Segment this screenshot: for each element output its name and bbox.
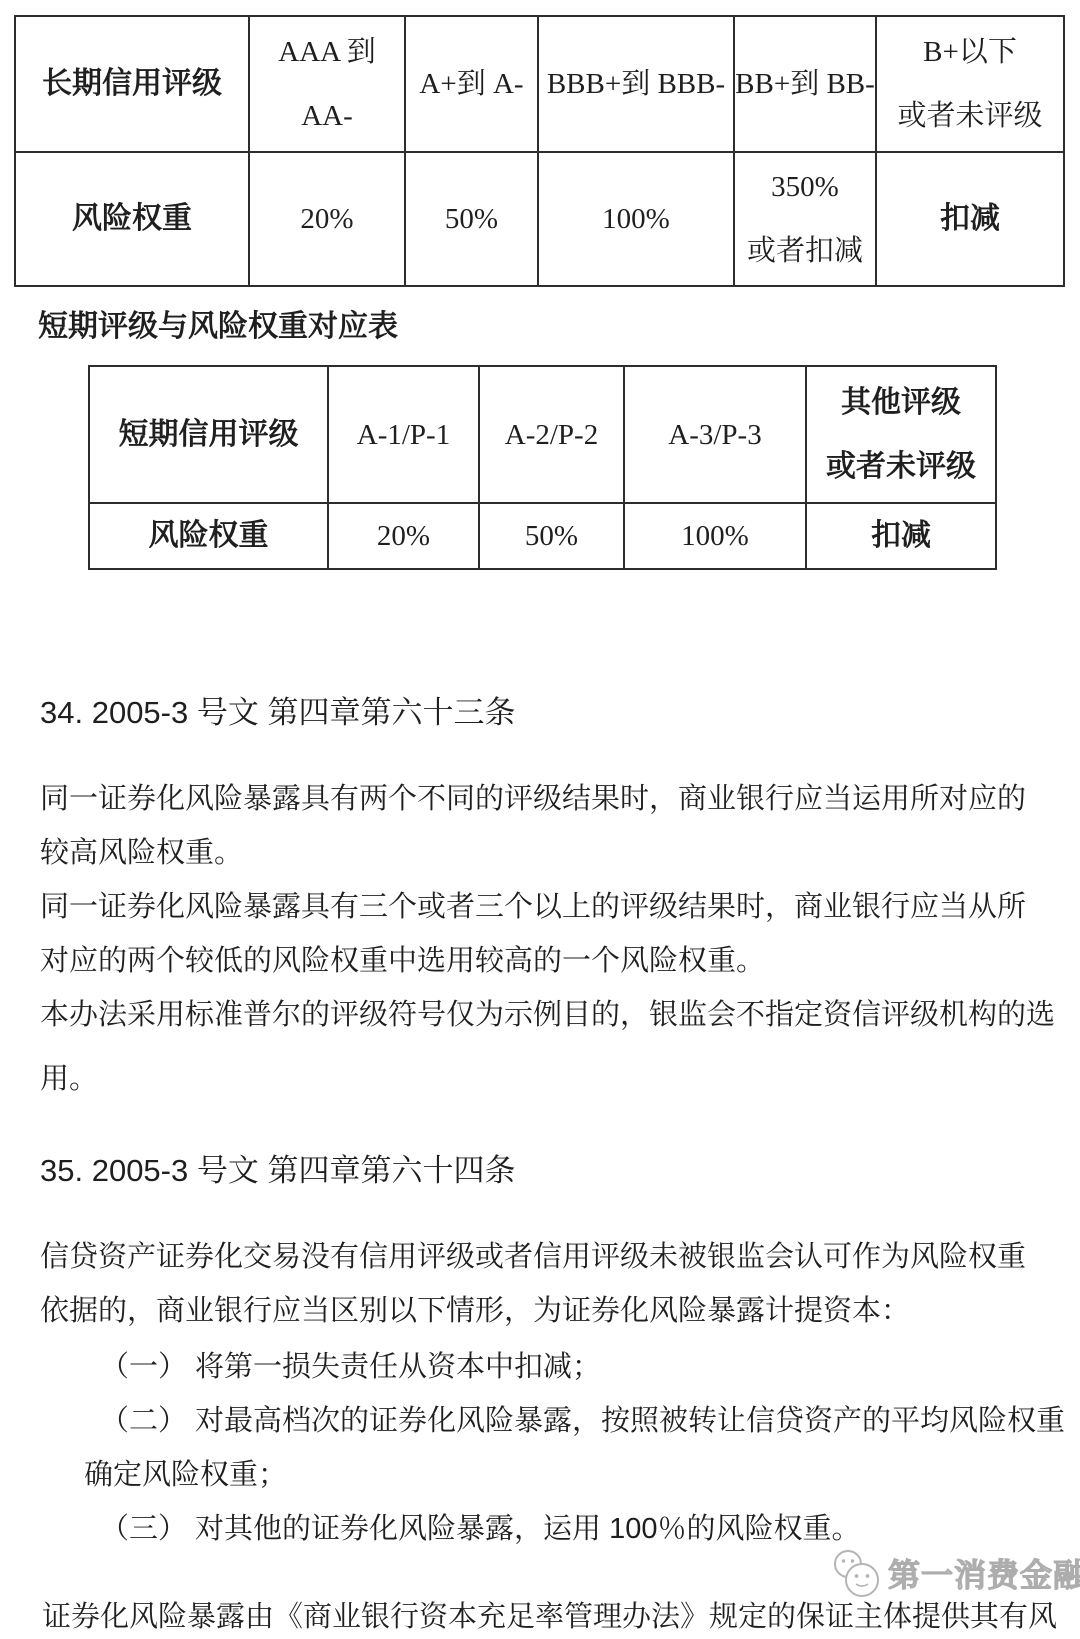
rating-band-a1p1: A-1/P-1 xyxy=(328,366,479,503)
section-35-item-2-line-1: （二） 对最高档次的证券化风险暴露，按照被转让信贷资产的平均风险权重 xyxy=(100,1394,1065,1448)
long-term-rating-label: 长期信用评级 xyxy=(15,16,249,152)
risk-weight-value: 扣减 xyxy=(876,152,1064,286)
risk-weight-value: 50% xyxy=(405,152,538,286)
table-header-row: 长期信用评级 AAA 到 AA- A+到 A- BBB+到 BBB- BB+到 … xyxy=(15,16,1064,152)
section-35-paragraph-1: 信贷资产证券化交易没有信用评级或者信用评级未被银监会认可作为风险权重 依据的，商… xyxy=(40,1230,1026,1338)
short-term-table-caption: 短期评级与风险权重对应表 xyxy=(38,300,398,354)
section-35-closing-line: 证券化风险暴露由《商业银行资本充足率管理办法》规定的保证主体提供其有风 xyxy=(42,1590,1057,1639)
rating-band-aaa: AAA 到 AA- xyxy=(249,16,405,152)
section-34-paragraph-3-line-1: 本办法采用标准普尔的评级符号仅为示例目的，银监会不指定资信评级机构的选 xyxy=(40,988,1055,1042)
table-data-row: 风险权重 20% 50% 100% 扣减 xyxy=(89,503,996,569)
short-term-rating-table: 短期信用评级 A-1/P-1 A-2/P-2 A-3/P-3 其他评级 或者未评… xyxy=(88,365,997,570)
risk-weight-value: 扣减 xyxy=(806,503,996,569)
document-page: 长期信用评级 AAA 到 AA- A+到 A- BBB+到 BBB- BB+到 … xyxy=(0,0,1080,1639)
rating-band-b-or-unrated: B+以下 或者未评级 xyxy=(876,16,1064,152)
section-34-paragraph-3-line-2: 用。 xyxy=(40,1052,98,1106)
risk-weight-value: 100% xyxy=(538,152,734,286)
section-35-item-1: （一） 将第一损失责任从资本中扣减； xyxy=(100,1340,601,1394)
risk-weight-value: 350% 或者扣减 xyxy=(734,152,876,286)
rating-band-a3p3: A-3/P-3 xyxy=(624,366,806,503)
table-data-row: 风险权重 20% 50% 100% 350% 或者扣减 扣减 xyxy=(15,152,1064,286)
section-35-item-2-line-2: 确定风险权重； xyxy=(84,1448,287,1502)
rating-band-a: A+到 A- xyxy=(405,16,538,152)
risk-weight-value: 50% xyxy=(479,503,624,569)
section-35-heading: 35. 2005-3 号文 第四章第六十四条 xyxy=(40,1144,515,1198)
rating-band-bbb: BBB+到 BBB- xyxy=(538,16,734,152)
table-header-row: 短期信用评级 A-1/P-1 A-2/P-2 A-3/P-3 其他评级 或者未评… xyxy=(89,366,996,503)
risk-weight-label: 风险权重 xyxy=(89,503,328,569)
rating-band-bb: BB+到 BB- xyxy=(734,16,876,152)
risk-weight-label: 风险权重 xyxy=(15,152,249,286)
risk-weight-value: 100% xyxy=(624,503,806,569)
rating-band-a2p2: A-2/P-2 xyxy=(479,366,624,503)
section-35-item-3: （三） 对其他的证券化风险暴露，运用 100％的风险权重。 xyxy=(100,1502,861,1556)
risk-weight-value: 20% xyxy=(328,503,479,569)
section-34-paragraph-2: 同一证券化风险暴露具有三个或者三个以上的评级结果时，商业银行应当从所 对应的两个… xyxy=(40,880,1026,988)
section-34-heading: 34. 2005-3 号文 第四章第六十三条 xyxy=(40,686,515,740)
short-term-rating-label: 短期信用评级 xyxy=(89,366,328,503)
risk-weight-value: 20% xyxy=(249,152,405,286)
rating-band-other-or-unrated: 其他评级 或者未评级 xyxy=(806,366,996,503)
section-34-paragraph-1: 同一证券化风险暴露具有两个不同的评级结果时，商业银行应当运用所对应的 较高风险权… xyxy=(40,772,1026,880)
long-term-rating-table: 长期信用评级 AAA 到 AA- A+到 A- BBB+到 BBB- BB+到 … xyxy=(14,15,1065,287)
